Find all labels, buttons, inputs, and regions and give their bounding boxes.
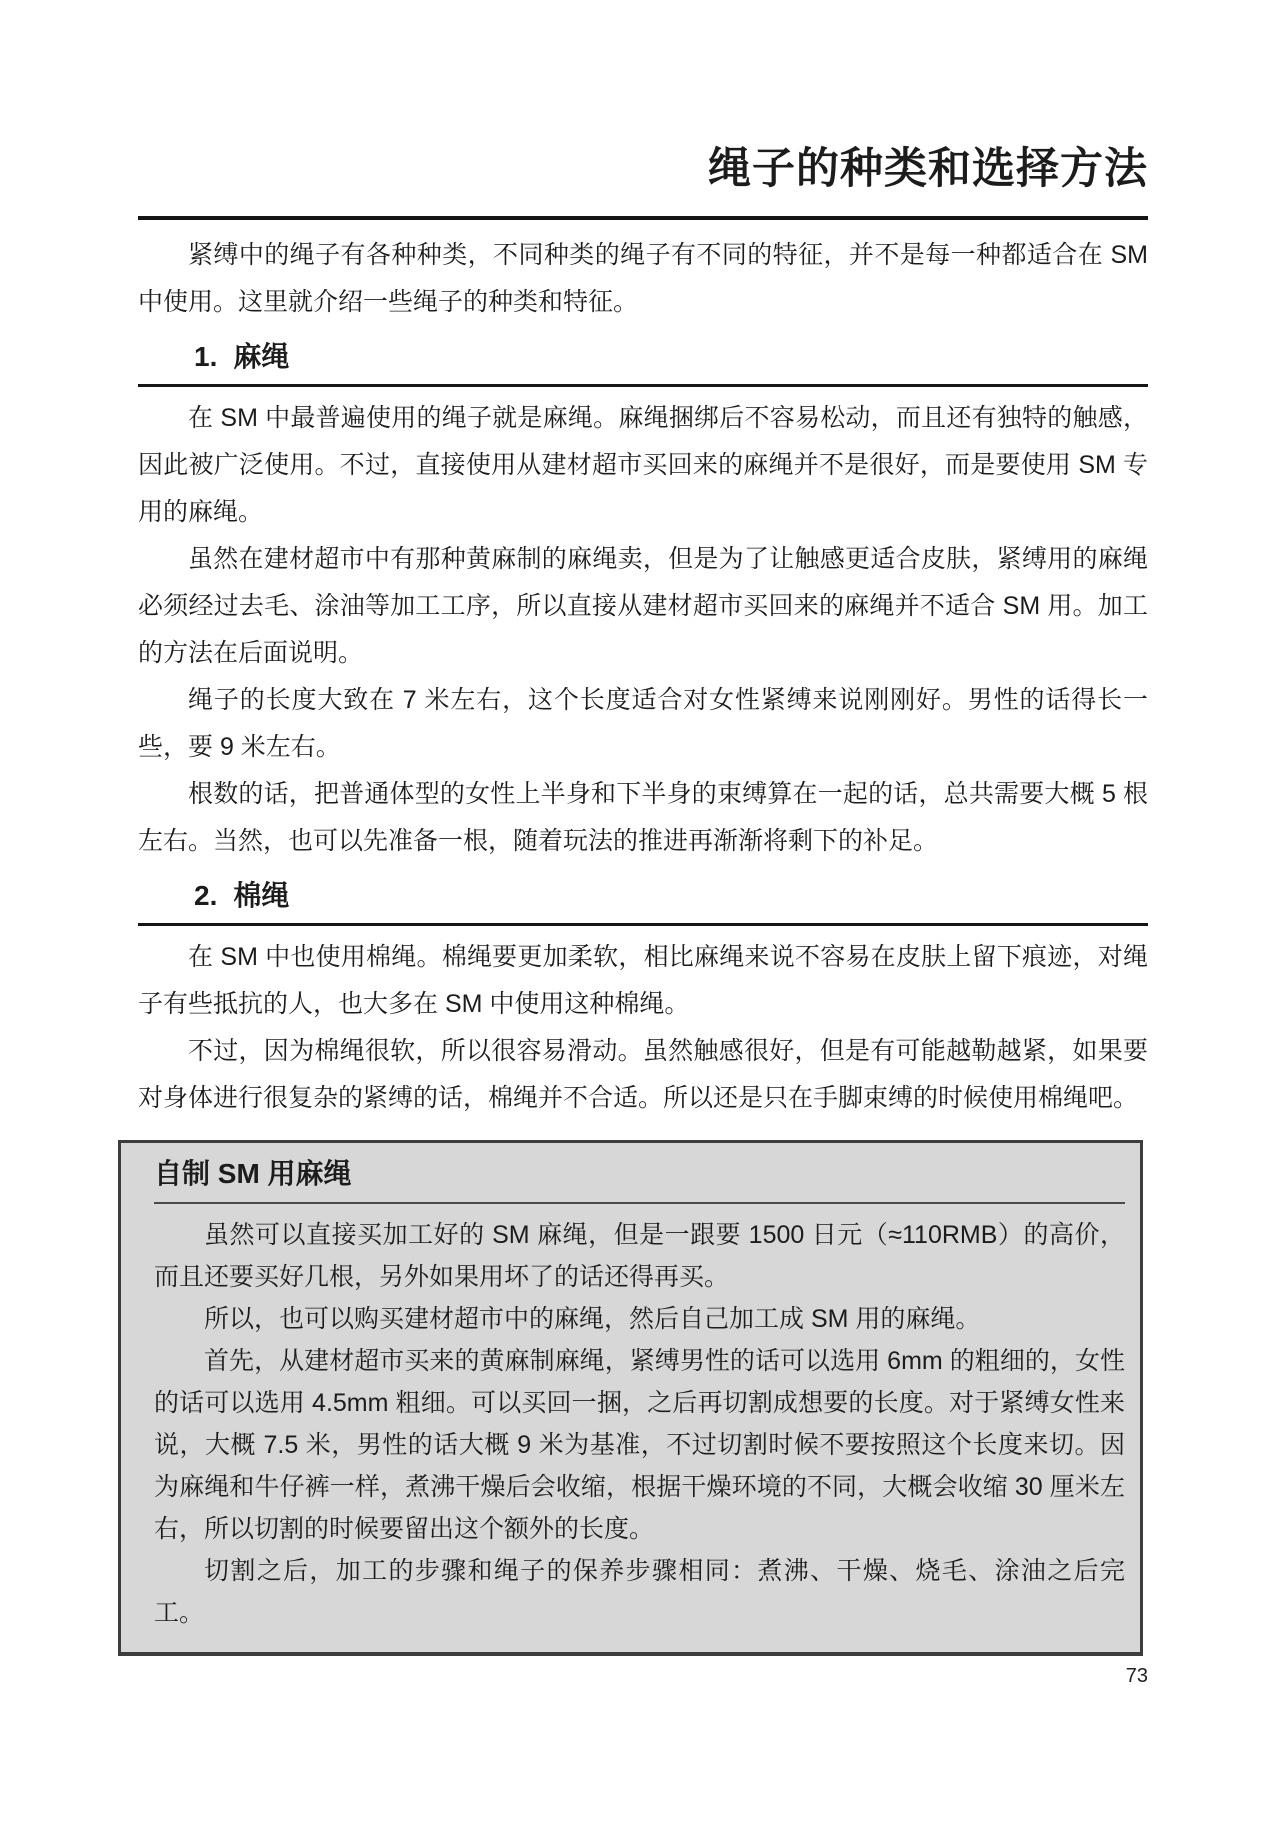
section-1-paragraph-2: 虽然在建材超市中有那种黄麻制的麻绳卖，但是为了让触感更适合皮肤，紧缚用的麻绳必须…	[138, 536, 1148, 677]
section-1-heading: 1.麻绳	[138, 332, 1148, 387]
page-number: 73	[138, 1664, 1148, 1688]
section-2-paragraph-2: 不过，因为棉绳很软，所以很容易滑动。虽然触感很好，但是有可能越勒越紧，如果要对身…	[138, 1028, 1148, 1122]
callout-box-paragraph-3: 首先，从建材超市买来的黄麻制麻绳，紧缚男性的话可以选用 6mm 的粗细的，女性的…	[154, 1340, 1125, 1550]
section-1-paragraph-4: 根数的话，把普通体型的女性上半身和下半身的束缚算在一起的话，总共需要大概 5 根…	[138, 771, 1148, 865]
page-content: 绳子的种类和选择方法 紧缚中的绳子有各种种类，不同种类的绳子有不同的特征，并不是…	[0, 0, 1280, 1688]
section-2-paragraph-1: 在 SM 中也使用棉绳。棉绳要更加柔软，相比麻绳来说不容易在皮肤上留下痕迹，对绳…	[138, 934, 1148, 1028]
callout-box-paragraph-4: 切割之后，加工的步骤和绳子的保养步骤相同：煮沸、干燥、烧毛、涂油之后完工。	[154, 1550, 1125, 1634]
page-title: 绳子的种类和选择方法	[138, 138, 1148, 200]
document-page: 绳子的种类和选择方法 紧缚中的绳子有各种种类，不同种类的绳子有不同的特征，并不是…	[0, 0, 1280, 1832]
callout-box-paragraph-1: 虽然可以直接买加工好的 SM 麻绳，但是一跟要 1500 日元（≈110RMB）…	[154, 1214, 1125, 1298]
section-1-name: 麻绳	[233, 341, 289, 372]
callout-box-title: 自制 SM 用麻绳	[154, 1155, 1125, 1204]
section-1-number: 1.	[194, 341, 217, 372]
title-divider	[138, 216, 1148, 220]
section-1-paragraph-3: 绳子的长度大致在 7 米左右，这个长度适合对女性紧缚来说刚刚好。男性的话得长一些…	[138, 677, 1148, 771]
section-2-number: 2.	[194, 880, 217, 911]
callout-box-paragraph-2: 所以，也可以购买建材超市中的麻绳，然后自己加工成 SM 用的麻绳。	[154, 1298, 1125, 1340]
callout-box: 自制 SM 用麻绳 虽然可以直接买加工好的 SM 麻绳，但是一跟要 1500 日…	[118, 1140, 1143, 1656]
section-2-name: 棉绳	[233, 880, 289, 911]
section-1-paragraph-1: 在 SM 中最普遍使用的绳子就是麻绳。麻绳捆绑后不容易松动，而且还有独特的触感，…	[138, 395, 1148, 536]
intro-paragraph: 紧缚中的绳子有各种种类，不同种类的绳子有不同的特征，并不是每一种都适合在 SM …	[138, 232, 1148, 326]
section-2-heading: 2.棉绳	[138, 871, 1148, 926]
